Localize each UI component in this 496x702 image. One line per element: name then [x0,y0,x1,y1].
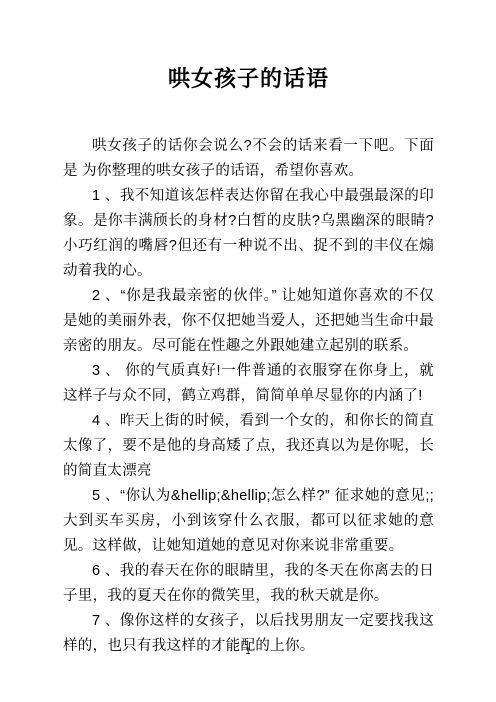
intro-paragraph: 哄女孩子的话你会说么?不会的话来看一下吧。下面是 为你整理的哄女孩子的话语，希望… [63,134,434,184]
list-item-5: 5 、“你认为&hellip;&hellip;怎么样?” 征求她的意见;;大到买… [63,484,434,559]
list-item-4: 4 、昨天上街的时候，看到一个女的，和你长的简直太像了，要不是他的身高矮了点，我… [63,409,434,484]
list-item-6: 6 、我的春天在你的眼睛里，我的冬天在你离去的日子里，我的夏天在你的微笑里，我的… [63,559,434,609]
list-item-2: 2 、“你是我最亲密的伙伴。” 让她知道你喜欢的不仅是她的美丽外表，你不仅把她当… [63,284,434,359]
list-item-3: 3 、 你的气质真好!一件普通的衣服穿在你身上，就这样子与众不同，鹤立鸡群，简简… [63,359,434,409]
document-body: 哄女孩子的话你会说么?不会的话来看一下吧。下面是 为你整理的哄女孩子的话语，希望… [63,134,434,659]
document-title: 哄女孩子的话语 [63,66,434,92]
page-number: 1 [0,646,496,656]
list-item-1: 1 、我不知道该怎样表达你留在我心中最强最深的印象。是你丰满颀长的身材?白皙的皮… [63,184,434,284]
document-page: 哄女孩子的话语 哄女孩子的话你会说么?不会的话来看一下吧。下面是 为你整理的哄女… [0,0,496,702]
